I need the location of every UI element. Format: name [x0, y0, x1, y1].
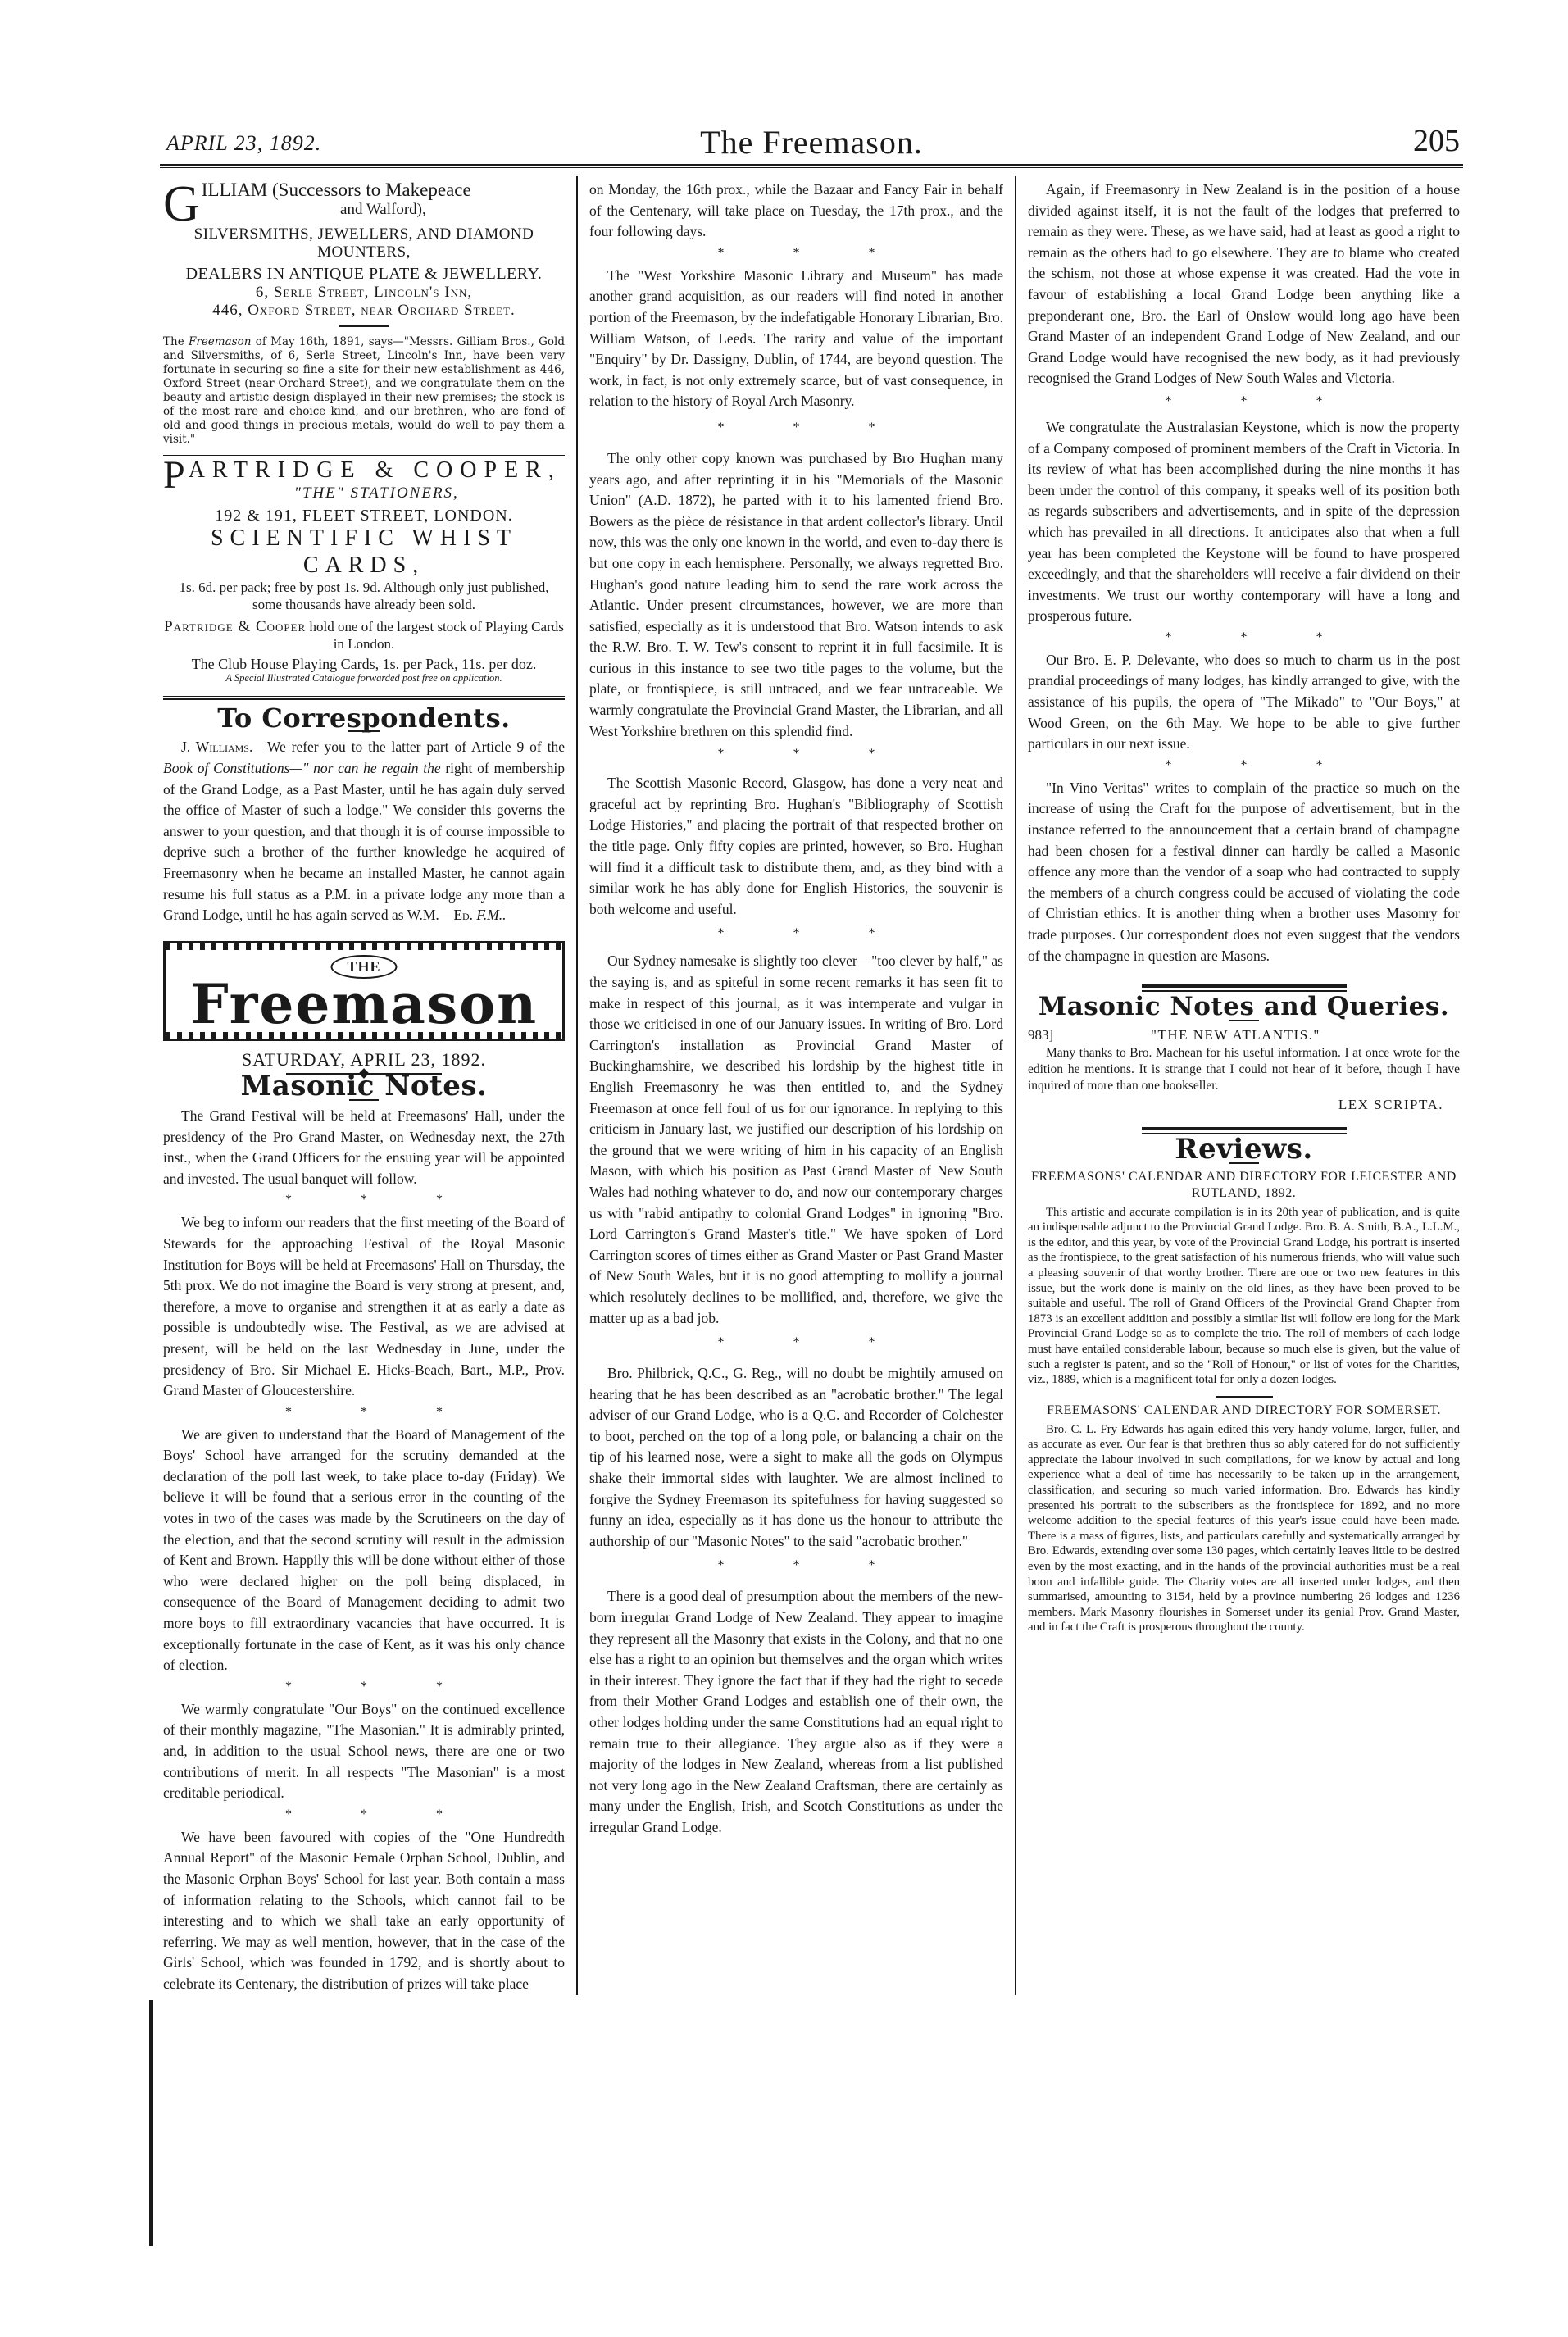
review-title: FREEMASONS' CALENDAR AND DIRECTORY FOR S…: [1028, 1403, 1460, 1419]
asterism: * * *: [163, 1806, 565, 1824]
article-paragraph: We have been favoured with copies of the…: [163, 1827, 565, 1995]
review-item: FREEMASONS' CALENDAR AND DIRECTORY FOR L…: [1028, 1169, 1460, 1388]
article-paragraph: Our Bro. E. P. Delevante, who does so mu…: [1028, 650, 1460, 755]
columns: G ILLIAM (Successors to Makepeace and Wa…: [160, 176, 1463, 1995]
ad-address: 446, Oxford Street, near Orchard Street.: [163, 302, 565, 320]
article-paragraph: Bro. Philbrick, Q.C., G. Reg., will no d…: [589, 1363, 1003, 1552]
section-divider: [1142, 984, 1347, 992]
section-heading-reviews: Reviews.: [1028, 1139, 1460, 1161]
ad-firm-name: ARTRIDGE & COOPER,: [189, 457, 561, 483]
article-paragraph: on Monday, the 16th prox., while the Baz…: [589, 180, 1003, 243]
review-item: FREEMASONS' CALENDAR AND DIRECTORY FOR S…: [1028, 1403, 1460, 1635]
review-title: FREEMASONS' CALENDAR AND DIRECTORY FOR L…: [1028, 1169, 1460, 1202]
article-paragraph: Again, if Freemasonry in New Zealand is …: [1028, 180, 1460, 389]
publication-title: The Freemason.: [160, 123, 1463, 161]
banner-name: Freemason: [166, 975, 562, 1034]
diamond-divider: [286, 1073, 442, 1075]
asterism: * * *: [589, 1557, 1003, 1575]
query-signature: LEX SCRIPTA.: [1028, 1094, 1443, 1116]
asterism: * * *: [163, 1191, 565, 1209]
ad-line: and Walford),: [163, 201, 565, 219]
issue-date: SATURDAY, APRIL 23, 1892.: [163, 1049, 565, 1071]
article-paragraph: We beg to inform our readers that the fi…: [163, 1212, 565, 1401]
section-heading-notes-and-queries: Masonic Notes and Queries.: [1028, 997, 1460, 1018]
page-number: 205: [1413, 123, 1460, 159]
article-paragraph: There is a good deal of presumption abou…: [589, 1586, 1003, 1838]
asterism: * * *: [163, 1403, 565, 1421]
article-paragraph: "In Vino Veritas" writes to complain of …: [1028, 778, 1460, 966]
ad-line: SILVERSMITHS, JEWELLERS, AND DIAMOND MOU…: [163, 225, 565, 261]
article-paragraph: We congratulate the Australasian Keyston…: [1028, 417, 1460, 627]
article-paragraph: The only other copy known was purchased …: [589, 448, 1003, 742]
middle-column: on Monday, the 16th prox., while the Baz…: [578, 176, 1016, 1995]
gilliam-advertisement: G ILLIAM (Successors to Makepeace and Wa…: [163, 180, 565, 447]
drop-cap: P: [163, 457, 185, 493]
article-paragraph: The Grand Festival will be held at Freem…: [163, 1106, 565, 1189]
ad-line: "THE" STATIONERS,: [163, 484, 565, 502]
masthead: APRIL 23, 1892. The Freemason. 205: [160, 123, 1463, 157]
ad-price: 1s. 6d. per pack; free by post 1s. 9d. A…: [163, 579, 565, 613]
freemason-banner-logo: THE Freemason: [163, 941, 565, 1041]
ad-catalogue-note: A Special Illustrated Catalogue forwarde…: [163, 672, 565, 684]
article-paragraph: Our Sydney namesake is slightly too clev…: [589, 951, 1003, 1329]
divider: [1216, 1396, 1273, 1398]
newspaper-page: APRIL 23, 1892. The Freemason. 205 G ILL…: [160, 123, 1463, 2303]
margin-binding-rule: [149, 2000, 153, 2246]
right-column: Again, if Freemasonry in New Zealand is …: [1016, 176, 1463, 1995]
asterism: * * *: [163, 1678, 565, 1696]
asterism: * * *: [589, 1334, 1003, 1352]
article-paragraph: We warmly congratulate "Our Boys" on the…: [163, 1699, 565, 1804]
asterism: * * *: [589, 419, 1003, 437]
divider: [163, 455, 565, 456]
section-heading-masonic-notes: Masonic Notes.: [163, 1076, 565, 1098]
divider: [163, 698, 565, 700]
article-paragraph: The Scottish Masonic Record, Glasgow, ha…: [589, 773, 1003, 920]
left-column: G ILLIAM (Successors to Makepeace and Wa…: [160, 176, 578, 1995]
asterism: * * *: [589, 244, 1003, 262]
asterism: * * *: [1028, 629, 1460, 647]
drop-cap: G: [163, 183, 200, 225]
ad-line: Partridge & Cooper hold one of the large…: [163, 618, 565, 652]
asterism: * * *: [1028, 757, 1460, 775]
divider: [339, 325, 389, 327]
ad-address: 192 & 191, FLEET STREET, LONDON.: [163, 507, 565, 525]
section-heading-correspondents: To Correspondents.: [163, 708, 565, 730]
review-body: Bro. C. L. Fry Edwards has again edited …: [1028, 1422, 1460, 1635]
article-paragraph: We are given to understand that the Boar…: [163, 1425, 565, 1676]
ad-line: The Club House Playing Cards, 1s. per Pa…: [163, 656, 565, 673]
divider: [163, 696, 565, 697]
masthead-rule: [160, 164, 1463, 168]
review-body: This artistic and accurate compilation i…: [1028, 1205, 1460, 1388]
query-title: "THE NEW ATLANTIS.": [1151, 1025, 1320, 1046]
ad-line: ILLIAM (Successors to Makepeace: [163, 180, 565, 201]
query-body: Many thanks to Bro. Machean for his usef…: [1028, 1045, 1460, 1094]
asterism: * * *: [589, 925, 1003, 943]
correspondent-reply: J. Williams.—We refer you to the latter …: [163, 737, 565, 925]
asterism: * * *: [589, 745, 1003, 763]
ad-testimonial: The Freemason of May 16th, 1891, says—"M…: [163, 335, 565, 447]
query-header: 983] "THE NEW ATLANTIS.": [1028, 1025, 1460, 1046]
article-paragraph: The "West Yorkshire Masonic Library and …: [589, 266, 1003, 412]
ad-product: SCIENTIFIC WHIST CARDS,: [163, 525, 565, 578]
query-number: 983]: [1028, 1025, 1151, 1046]
ad-line: DEALERS IN ANTIQUE PLATE & JEWELLERY.: [163, 265, 565, 284]
partridge-cooper-advertisement: PARTRIDGE & COOPER, "THE" STATIONERS, 19…: [163, 457, 565, 684]
ad-address: 6, Serle Street, Lincoln's Inn,: [163, 284, 565, 302]
asterism: * * *: [1028, 393, 1460, 411]
